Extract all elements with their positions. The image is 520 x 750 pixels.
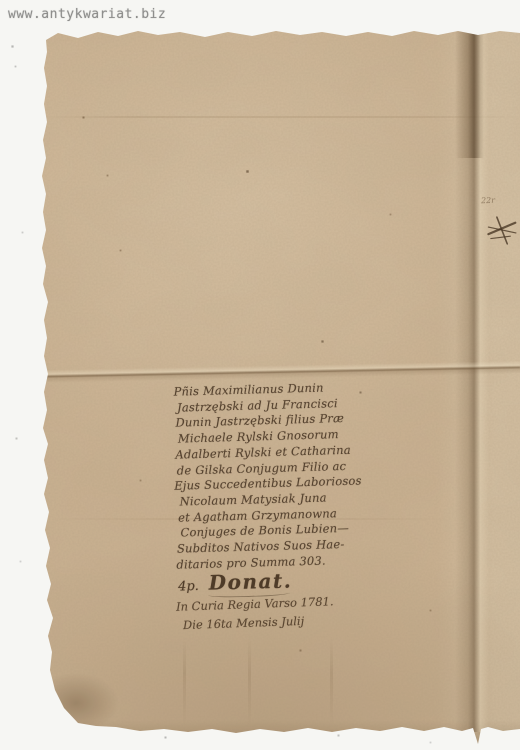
manuscript-paper-sheet: Pñis Maximilianus Dunin Jastrzębski ad J… (0, 0, 520, 750)
bottom-crease-streak (248, 638, 251, 726)
docket-prefix: 4p. (178, 579, 199, 595)
scanned-document-page: Pñis Maximilianus Dunin Jastrzębski ad J… (0, 0, 520, 750)
handwritten-text-block: Pñis Maximilianus Dunin Jastrzębski ad J… (173, 379, 368, 573)
bottom-crease-streak (330, 638, 333, 726)
vertical-fold-crease-dark-top (455, 28, 489, 158)
margin-note: 22r (481, 196, 495, 205)
bottom-crease-streak (183, 638, 186, 726)
pen-scribble-icon (484, 212, 520, 250)
website-watermark: www.antykwariat.biz (8, 7, 166, 22)
scanner-dust-specks (0, 0, 1, 1)
faint-horizontal-crease-top (44, 116, 520, 118)
